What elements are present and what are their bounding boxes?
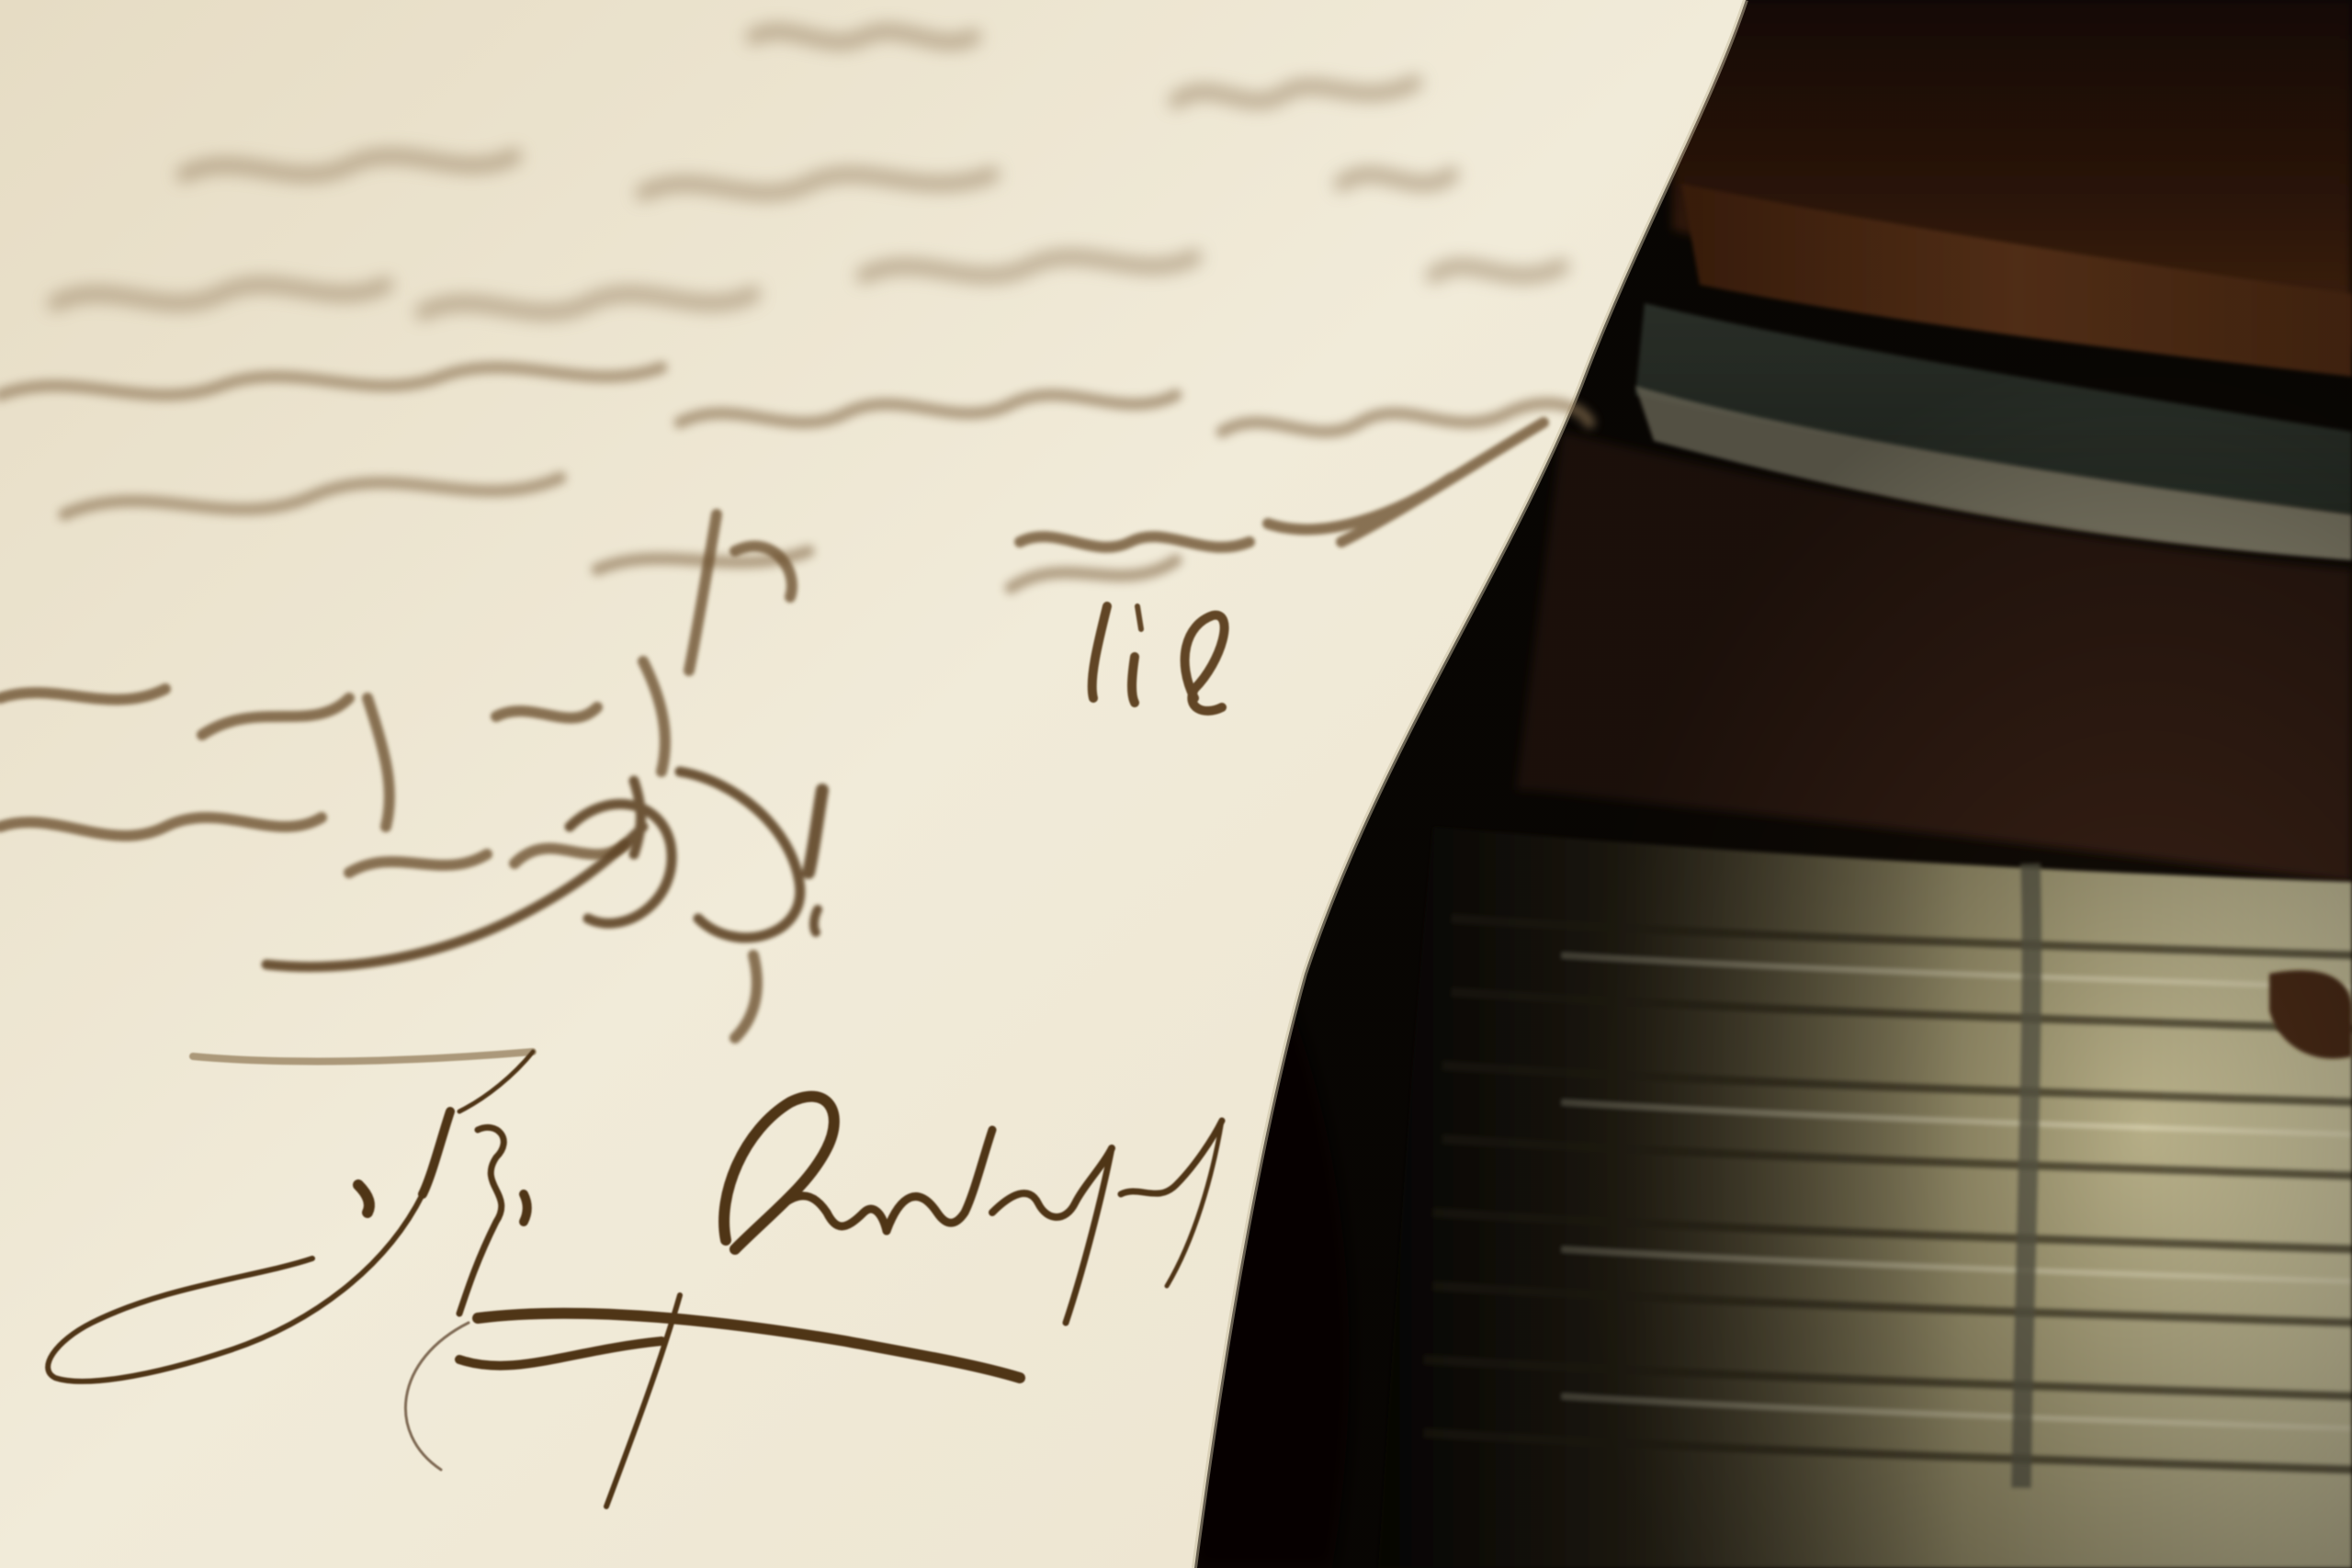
photo-illustration — [0, 0, 2352, 1568]
photo-scene — [0, 0, 2352, 1568]
